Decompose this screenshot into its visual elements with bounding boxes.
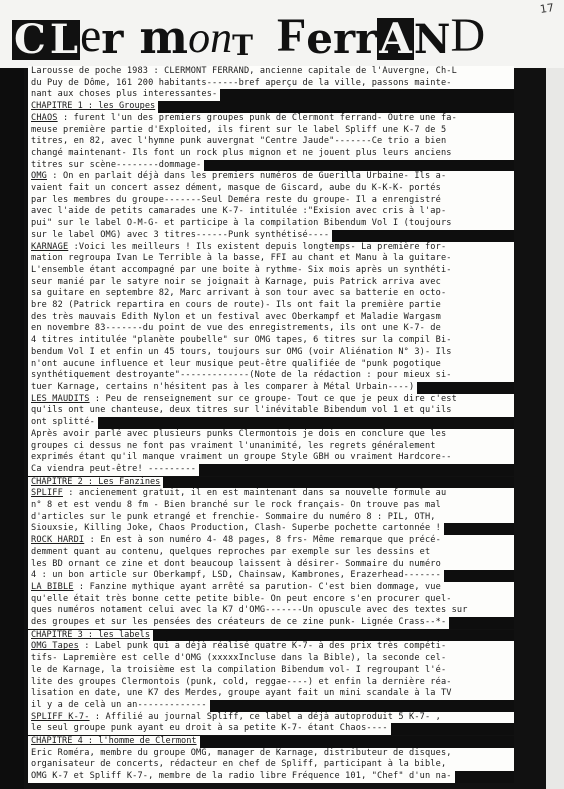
intro: Larousse de poche 1983 : CLERMONT FERRAN…: [28, 66, 514, 101]
text-line-content: n° 8 et est vendu 8 fm - Bien branché su…: [28, 500, 514, 512]
text-line: qu'elle était très bonne cette petite bi…: [28, 594, 514, 606]
text-line-content: OMG Tapes : Label punk qui a déjà réalis…: [28, 641, 514, 653]
text-line: OMG Tapes : Label punk qui a déjà réalis…: [28, 641, 514, 653]
text-line-content: les BD ornant ce zine et dont beaucoup l…: [28, 559, 514, 571]
text-line-content: du Puy de Dôme, 161 200 habitants------b…: [28, 78, 514, 90]
page-title: C L e r m o n T F e r r A N D: [12, 10, 485, 60]
text-line: SPLIFF : ancienement gratuit, il en est …: [28, 488, 514, 500]
right-margin-strip: [544, 62, 564, 789]
text-line: lisation en date, une K7 des Merdes, gro…: [28, 688, 514, 700]
text-line: CHAOS : furent l'un des premiers groupes…: [28, 113, 514, 125]
entry-name: SPLIFF K-7-: [31, 712, 90, 722]
text-line: vaient fait un concert assez dément, mas…: [28, 183, 514, 195]
text-line: OMG : On en parlait déjà dans les premie…: [28, 171, 514, 183]
text-line: Siouxsie, Killing Joke, Chaos Production…: [28, 523, 514, 535]
title-letter: r: [101, 18, 123, 60]
text-line-content: qu'elle était très bonne cette petite bi…: [28, 594, 514, 606]
text-line: d'articles sur le punk etrangé et french…: [28, 512, 514, 524]
text-line-content: seur manié par le satyre noir se joignai…: [28, 277, 514, 289]
text-line-content: lisation en date, une K7 des Merdes, gro…: [28, 688, 514, 700]
text-line: en novembre 83-------du point de vue des…: [28, 323, 514, 335]
text-line-content: SPLIFF K-7- : Affilié au journal Spliff,…: [28, 712, 514, 724]
text-line-content: mation regroupa Ivan Le Terrible à la ba…: [28, 253, 514, 265]
text-line: avec l'aide de petits camarades une K-7-…: [28, 206, 514, 218]
text-line-content: des très mauvais Edith Nylon et un festi…: [28, 312, 514, 324]
entry-name: CHAOS: [31, 113, 58, 123]
text-line-content: nant aux choses plus interessantes-: [28, 89, 220, 101]
text-line-content: synthétiquement destroyante"------------…: [28, 370, 514, 382]
text-line: LA BIBLE : Fanzine mythique ayant arrêté…: [28, 582, 514, 594]
text-line: Larousse de poche 1983 : CLERMONT FERRAN…: [28, 66, 514, 78]
redaction-bar: [210, 700, 514, 712]
entry: KARNAGE :Voici les meilleurs ! Ils exist…: [28, 242, 514, 394]
text-line-content: ont splitté-: [28, 417, 98, 429]
text-line: Eric Roméra, membre du groupe OMG, manag…: [28, 748, 514, 760]
text-line: 4 : un bon article sur Oberkampf, LSD, C…: [28, 570, 514, 582]
text-line-content: tuer Karnage, certains n'hésitent pas à …: [28, 382, 417, 394]
conclusion: Après avoir parlé avec plusieurs punks C…: [28, 429, 514, 476]
text-line-content: L'ensemble étant accompagné par une boit…: [28, 265, 514, 277]
text-line: ROCK HARDI : En est à son numéro 4- 48 p…: [28, 535, 514, 547]
entry: ROCK HARDI : En est à son numéro 4- 48 p…: [28, 535, 514, 582]
entry: LA BIBLE : Fanzine mythique ayant arrêté…: [28, 582, 514, 629]
text-line: SPLIFF K-7- : Affilié au journal Spliff,…: [28, 712, 514, 724]
text-line: titres sur scène--------dommage-: [28, 160, 514, 172]
entry-name: OMG Tapes: [31, 641, 79, 651]
title-letter: F: [277, 12, 306, 60]
title-letter: D: [450, 12, 485, 60]
text-line: titres, en 82, avec l'hymne punk auvergn…: [28, 136, 514, 148]
redaction-bar: [220, 89, 514, 101]
text-line: qu'ils ont une chanteuse, deux titres su…: [28, 405, 514, 417]
redaction-bar: [391, 723, 514, 735]
text-line-content: 4 titres intitulée "planète poubelle" su…: [28, 335, 514, 347]
text-line-content: n'ont aucune influence et leur musique p…: [28, 359, 514, 371]
text-line-content: vaient fait un concert assez dément, mas…: [28, 183, 514, 195]
text-line: organisateur de concerts, rédacteur en c…: [28, 759, 514, 771]
page-number: 17: [539, 1, 555, 16]
title-letter: r: [355, 18, 377, 60]
text-line-content: Après avoir parlé avec plusieurs punks C…: [28, 429, 514, 441]
text-line: synthétiquement destroyante"------------…: [28, 370, 514, 382]
title-letter: A: [377, 18, 414, 60]
text-line: n° 8 et est vendu 8 fm - Bien branché su…: [28, 500, 514, 512]
text-line: sur le label OMG) avec 3 titres------Pun…: [28, 230, 514, 242]
text-line-content: Larousse de poche 1983 : CLERMONT FERRAN…: [28, 66, 514, 78]
text-line-content: OMG K-7 et Spliff K-7-, membre de la rad…: [28, 771, 455, 783]
text-line-content: sa guitare en septembre 82, Marc arrivan…: [28, 288, 514, 300]
text-line-content: bre 82 (Patrick repartira en cours de ro…: [28, 300, 514, 312]
text-line-content: SPLIFF : ancienement gratuit, il en est …: [28, 488, 514, 500]
text-line: meuse première partie d'Exploited, ils f…: [28, 125, 514, 137]
text-line: Ca viendra peut-être! ---------: [28, 464, 514, 476]
entry-name: LES MAUDITS: [31, 394, 90, 404]
text-line: lite des groupes Clermontois (punk, cold…: [28, 677, 514, 689]
text-line-content: changé maintenant- Ils font un rock plus…: [28, 148, 514, 160]
text-line: tuer Karnage, certains n'hésitent pas à …: [28, 382, 514, 394]
text-line: Après avoir parlé avec plusieurs punks C…: [28, 429, 514, 441]
redaction-bar: [98, 417, 514, 429]
text-line-content: bendum Vol I et enfin un 45 tours, toujo…: [28, 347, 514, 359]
text-line-content: des groupes et sur les pensées des créat…: [28, 617, 449, 629]
text-line-content: le de Karnage, la troisième est la compi…: [28, 665, 514, 677]
entry-name: LA BIBLE: [31, 582, 74, 592]
text-line-content: par les membres du groupe-------Seul Dem…: [28, 195, 514, 207]
entry: Eric Roméra, membre du groupe OMG, manag…: [28, 748, 514, 783]
redaction-bar: [444, 523, 514, 535]
redaction-bar: [200, 736, 514, 748]
text-line: n'ont aucune influence et leur musique p…: [28, 359, 514, 371]
redaction-bar: [455, 771, 514, 783]
text-line-content: en novembre 83-------du point de vue des…: [28, 323, 514, 335]
text-line-content: KARNAGE :Voici les meilleurs ! Ils exist…: [28, 242, 514, 254]
article-body: Larousse de poche 1983 : CLERMONT FERRAN…: [28, 66, 514, 783]
text-line: le seul groupe punk ayant eu droit à sa …: [28, 723, 514, 735]
entry-name: ROCK HARDI: [31, 535, 84, 545]
text-line: L'ensemble étant accompagné par une boit…: [28, 265, 514, 277]
text-line-content: titres, en 82, avec l'hymne punk auvergn…: [28, 136, 514, 148]
text-line: pui" sur le label O-M-G- et participe à …: [28, 218, 514, 230]
text-line: ques numéros notament celui avec la K7 d…: [28, 605, 514, 617]
text-line-content: Eric Roméra, membre du groupe OMG, manag…: [28, 748, 514, 760]
text-line-content: Siouxsie, Killing Joke, Chaos Production…: [28, 523, 444, 535]
text-line-content: d'articles sur le punk etrangé et french…: [28, 512, 514, 524]
text-line: les BD ornant ce zine et dont beaucoup l…: [28, 559, 514, 571]
text-line-content: avec l'aide de petits camarades une K-7-…: [28, 206, 514, 218]
text-line-content: sur le label OMG) avec 3 titres------Pun…: [28, 230, 332, 242]
text-line: du Puy de Dôme, 161 200 habitants------b…: [28, 78, 514, 90]
entry: LES MAUDITS : Peu de renseignement sur c…: [28, 394, 514, 429]
entry: OMG : On en parlait déjà dans les premie…: [28, 171, 514, 241]
redaction-bar: [163, 477, 514, 489]
text-line: OMG K-7 et Spliff K-7-, membre de la rad…: [28, 771, 514, 783]
text-line-content: groupes ci dessus ne font pas vraiment l…: [28, 441, 514, 453]
text-line: il y a de celà un an-------------: [28, 700, 514, 712]
text-line-content: exprimés étant qu'il manque vraiment un …: [28, 452, 514, 464]
title-letter: L: [48, 20, 80, 60]
chapter-heading: CHAPITRE 2 : Les Fanzines: [28, 477, 163, 489]
chapter-heading: CHAPITRE 1 : les Groupes: [28, 101, 158, 113]
text-line: nant aux choses plus interessantes-: [28, 89, 514, 101]
entry: SPLIFF K-7- : Affilié au journal Spliff,…: [28, 712, 514, 735]
text-line: groupes ci dessus ne font pas vraiment l…: [28, 441, 514, 453]
text-line-content: meuse première partie d'Exploited, ils f…: [28, 125, 514, 137]
redaction-bar: [417, 382, 514, 394]
text-line: demment quant au contenu, quelques repro…: [28, 547, 514, 559]
redaction-bar: [158, 101, 514, 113]
redaction-bar: [204, 160, 514, 172]
chapter-heading-row: CHAPITRE 3 : les labels: [28, 630, 514, 642]
text-line-content: ques numéros notament celui avec la K7 d…: [28, 605, 514, 617]
chapter-heading-row: CHAPITRE 4 : l'homme de Clermont: [28, 736, 514, 748]
entry-name: OMG: [31, 171, 47, 181]
fanzine-page: C L e r m o n T F e r r A N D 17 Larouss…: [0, 0, 564, 789]
text-line-content: organisateur de concerts, rédacteur en c…: [28, 759, 514, 771]
text-line: ont splitté-: [28, 417, 514, 429]
text-line-content: 4 : un bon article sur Oberkampf, LSD, C…: [28, 570, 444, 582]
text-line: LES MAUDITS : Peu de renseignement sur c…: [28, 394, 514, 406]
text-line-content: lite des groupes Clermontois (punk, cold…: [28, 677, 514, 689]
redaction-bar: [153, 630, 514, 642]
title-letter: e: [306, 18, 333, 60]
text-line-content: CHAOS : furent l'un des premiers groupes…: [28, 113, 514, 125]
text-line: bre 82 (Patrick repartira en cours de ro…: [28, 300, 514, 312]
left-margin-shadow: [0, 62, 24, 789]
text-line-content: OMG : On en parlait déjà dans les premie…: [28, 171, 514, 183]
text-line: des groupes et sur les pensées des créat…: [28, 617, 514, 629]
redaction-bar: [444, 570, 514, 582]
title-letter: N: [414, 20, 451, 60]
text-line: par les membres du groupe-------Seul Dem…: [28, 195, 514, 207]
text-line-content: Ca viendra peut-être! ---------: [28, 464, 199, 476]
text-line-content: pui" sur le label O-M-G- et participe à …: [28, 218, 514, 230]
text-line: changé maintenant- Ils font un rock plus…: [28, 148, 514, 160]
title-letter: o: [188, 16, 210, 60]
text-line: KARNAGE :Voici les meilleurs ! Ils exist…: [28, 242, 514, 254]
redaction-bar: [199, 464, 514, 476]
entry-name: KARNAGE: [31, 242, 68, 252]
text-line: tifs- Lapremière est celle d'OMG (xxxxxI…: [28, 653, 514, 665]
chapter-heading: CHAPITRE 4 : l'homme de Clermont: [28, 736, 200, 748]
chapter-heading-row: CHAPITRE 2 : Les Fanzines: [28, 477, 514, 489]
masthead: C L e r m o n T F e r r A N D 17: [0, 0, 564, 68]
text-line-content: LA BIBLE : Fanzine mythique ayant arrêté…: [28, 582, 514, 594]
text-line: seur manié par le satyre noir se joignai…: [28, 277, 514, 289]
title-letter: r: [333, 18, 355, 60]
text-line-content: titres sur scène--------dommage-: [28, 160, 204, 172]
entry: OMG Tapes : Label punk qui a déjà réalis…: [28, 641, 514, 711]
entry-name: SPLIFF: [31, 488, 63, 498]
text-line-content: qu'ils ont une chanteuse, deux titres su…: [28, 405, 514, 417]
redaction-bar: [449, 617, 514, 629]
text-line: le de Karnage, la troisième est la compi…: [28, 665, 514, 677]
chapter-heading-row: CHAPITRE 1 : les Groupes: [28, 101, 514, 113]
text-line-content: il y a de celà un an-------------: [28, 700, 210, 712]
text-line-content: demment quant au contenu, quelques repro…: [28, 547, 514, 559]
title-letter: T: [232, 32, 253, 60]
text-line-content: le seul groupe punk ayant eu droit à sa …: [28, 723, 391, 735]
title-letter: e: [80, 12, 101, 60]
entry: CHAOS : furent l'un des premiers groupes…: [28, 113, 514, 172]
title-letter: C: [12, 20, 48, 60]
text-line: sa guitare en septembre 82, Marc arrivan…: [28, 288, 514, 300]
text-line-content: tifs- Lapremière est celle d'OMG (xxxxxI…: [28, 653, 514, 665]
text-line-content: ROCK HARDI : En est à son numéro 4- 48 p…: [28, 535, 514, 547]
redaction-bar: [332, 230, 514, 242]
text-line: des très mauvais Edith Nylon et un festi…: [28, 312, 514, 324]
text-line: exprimés étant qu'il manque vraiment un …: [28, 452, 514, 464]
text-line-content: LES MAUDITS : Peu de renseignement sur c…: [28, 394, 514, 406]
entry: SPLIFF : ancienement gratuit, il en est …: [28, 488, 514, 535]
text-line: bendum Vol I et enfin un 45 tours, toujo…: [28, 347, 514, 359]
title-letter: m: [139, 14, 188, 60]
chapter-heading: CHAPITRE 3 : les labels: [28, 630, 153, 642]
text-line: 4 titres intitulée "planète poubelle" su…: [28, 335, 514, 347]
title-letter: n: [210, 16, 232, 60]
text-line: mation regroupa Ivan Le Terrible à la ba…: [28, 253, 514, 265]
